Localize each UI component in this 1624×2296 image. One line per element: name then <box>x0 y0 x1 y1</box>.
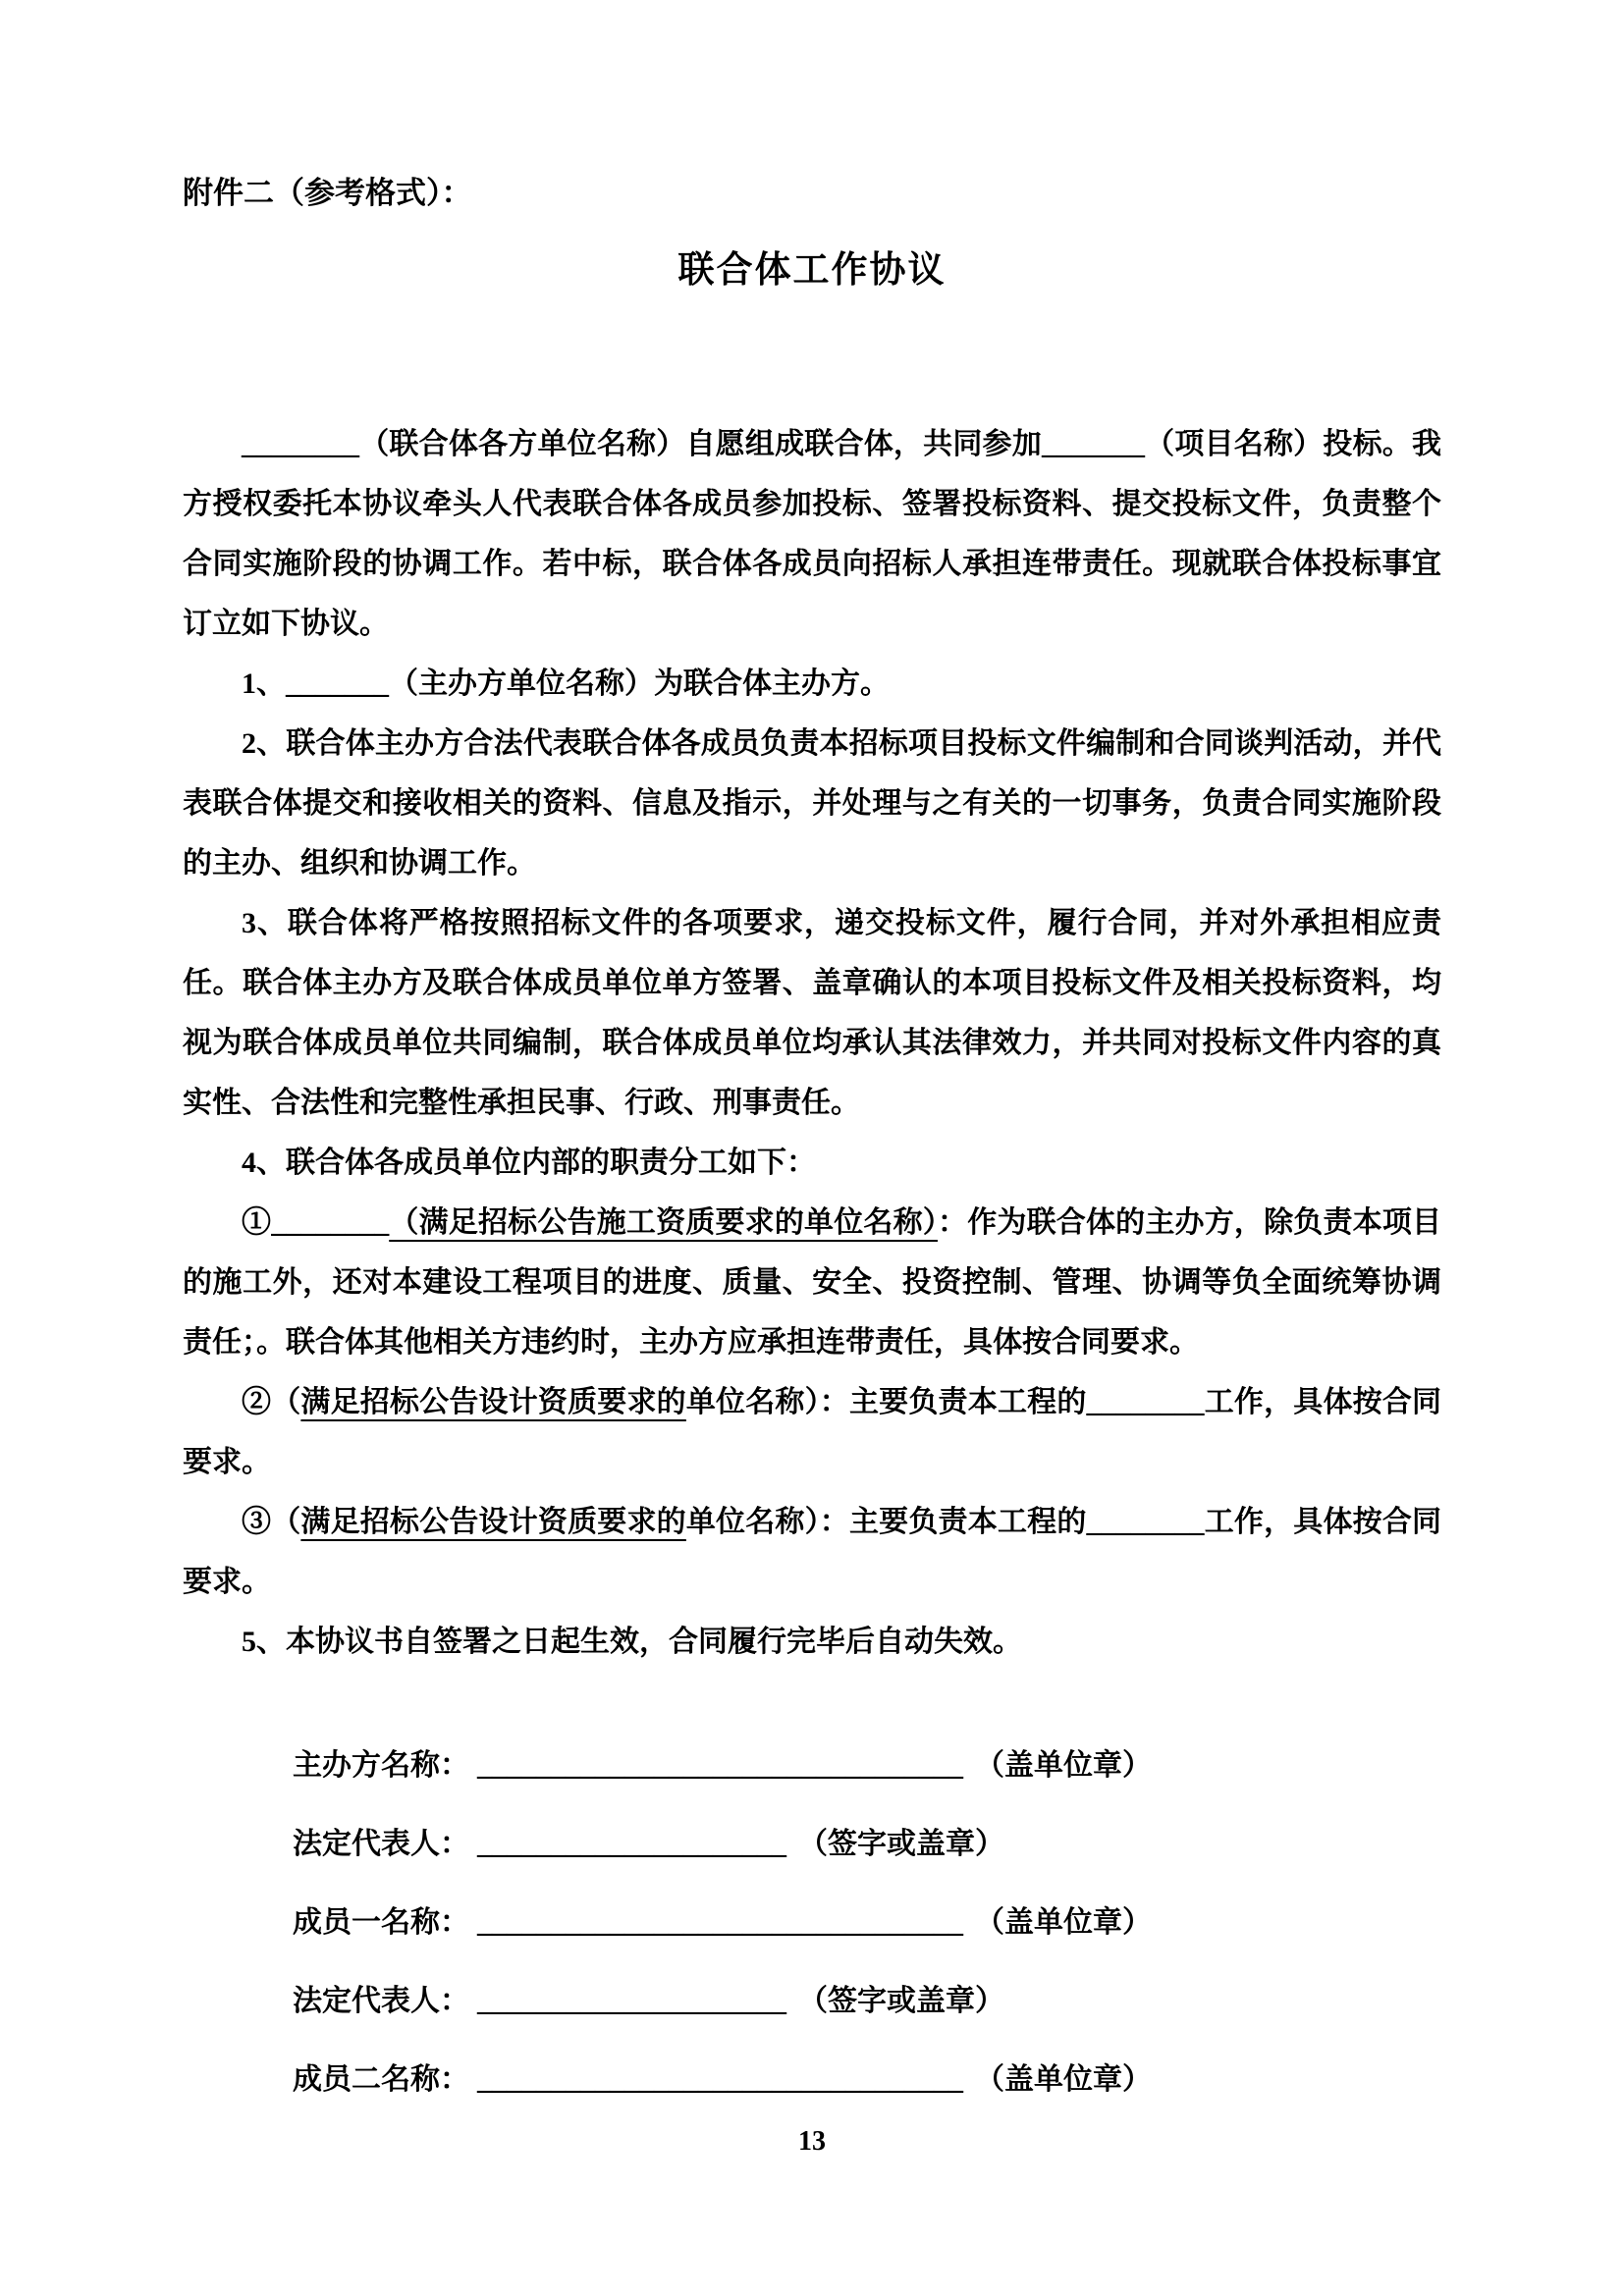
document-content: 附件二（参考格式）： 联合体工作协议 ________（联合体各方单位名称）自愿… <box>0 0 1624 2119</box>
signature-row-host-representative: 法定代表人：_____________________（签字或盖章） <box>293 1805 1441 1884</box>
signature-label: 成员二名称： <box>293 2063 469 2096</box>
preamble-paragraph: ________（联合体各方单位名称）自愿组成联合体，共同参加_______（项… <box>183 414 1441 654</box>
signature-suffix: （盖单位章） <box>975 1906 1152 1939</box>
sub-clause-1-underlined: （满足招标公告施工资质要求的单位名称） <box>389 1206 938 1239</box>
attachment-label: 附件二（参考格式）： <box>183 0 1441 214</box>
page-number: 13 <box>0 2126 1624 2158</box>
sub-clause-3: ③（满足招标公告设计资质要求的单位名称）：主要负责本工程的________工作，… <box>183 1492 1441 1612</box>
signature-label: 法定代表人： <box>293 1985 469 2017</box>
signature-label: 主办方名称： <box>293 1749 469 1782</box>
sub-clause-1-blank: ________ <box>271 1206 389 1239</box>
sub-clause-3-marker: ③（ <box>242 1506 300 1538</box>
document-title: 联合体工作协议 <box>183 247 1441 294</box>
signature-row-member1-representative: 法定代表人：_____________________（签字或盖章） <box>293 1962 1441 2041</box>
signature-row-member2-name: 成员二名称：_________________________________（… <box>293 2041 1441 2119</box>
signature-suffix: （盖单位章） <box>975 1749 1152 1782</box>
sub-clause-2-underlined: 满足招标公告设计资质要求的 <box>300 1386 685 1418</box>
document-page: 附件二（参考格式）： 联合体工作协议 ________（联合体各方单位名称）自愿… <box>0 0 1624 2296</box>
clause-1: 1、_______（主办方单位名称）为联合体主办方。 <box>183 654 1441 714</box>
signature-row-host-name: 主办方名称：_________________________________（… <box>293 1727 1441 1805</box>
sub-clause-2: ②（满足招标公告设计资质要求的单位名称）：主要负责本工程的________工作，… <box>183 1372 1441 1492</box>
signature-suffix: （签字或盖章） <box>798 1828 1004 1860</box>
agreement-body: ________（联合体各方单位名称）自愿组成联合体，共同参加_______（项… <box>183 414 1441 1672</box>
sub-clause-1-marker: ① <box>242 1206 271 1239</box>
signature-blank-line: _________________________________ <box>477 1749 963 1782</box>
signature-blank-line: _________________________________ <box>477 2063 963 2096</box>
signature-label: 法定代表人： <box>293 1828 469 1860</box>
signature-suffix: （盖单位章） <box>975 2063 1152 2096</box>
signature-block: 主办方名称：_________________________________（… <box>293 1727 1441 2119</box>
clause-3: 3、联合体将严格按照招标文件的各项要求，递交投标文件，履行合同，并对外承担相应责… <box>183 893 1441 1133</box>
signature-suffix: （签字或盖章） <box>798 1985 1004 2017</box>
sub-clause-3-underlined: 满足招标公告设计资质要求的 <box>300 1506 685 1538</box>
clause-5: 5、本协议书自签署之日起生效，合同履行完毕后自动失效。 <box>183 1612 1441 1672</box>
signature-label: 成员一名称： <box>293 1906 469 1939</box>
signature-row-member1-name: 成员一名称：_________________________________（… <box>293 1884 1441 1962</box>
sub-clause-2-marker: ②（ <box>242 1386 300 1418</box>
signature-blank-line: _____________________ <box>477 1828 786 1860</box>
clause-2: 2、联合体主办方合法代表联合体各成员负责本招标项目投标文件编制和合同谈判活动，并… <box>183 714 1441 893</box>
sub-clause-1: ①________（满足招标公告施工资质要求的单位名称）：作为联合体的主办方，除… <box>183 1193 1441 1372</box>
signature-blank-line: _____________________ <box>477 1985 786 2017</box>
signature-blank-line: _________________________________ <box>477 1906 963 1939</box>
clause-4: 4、联合体各成员单位内部的职责分工如下： <box>183 1133 1441 1193</box>
